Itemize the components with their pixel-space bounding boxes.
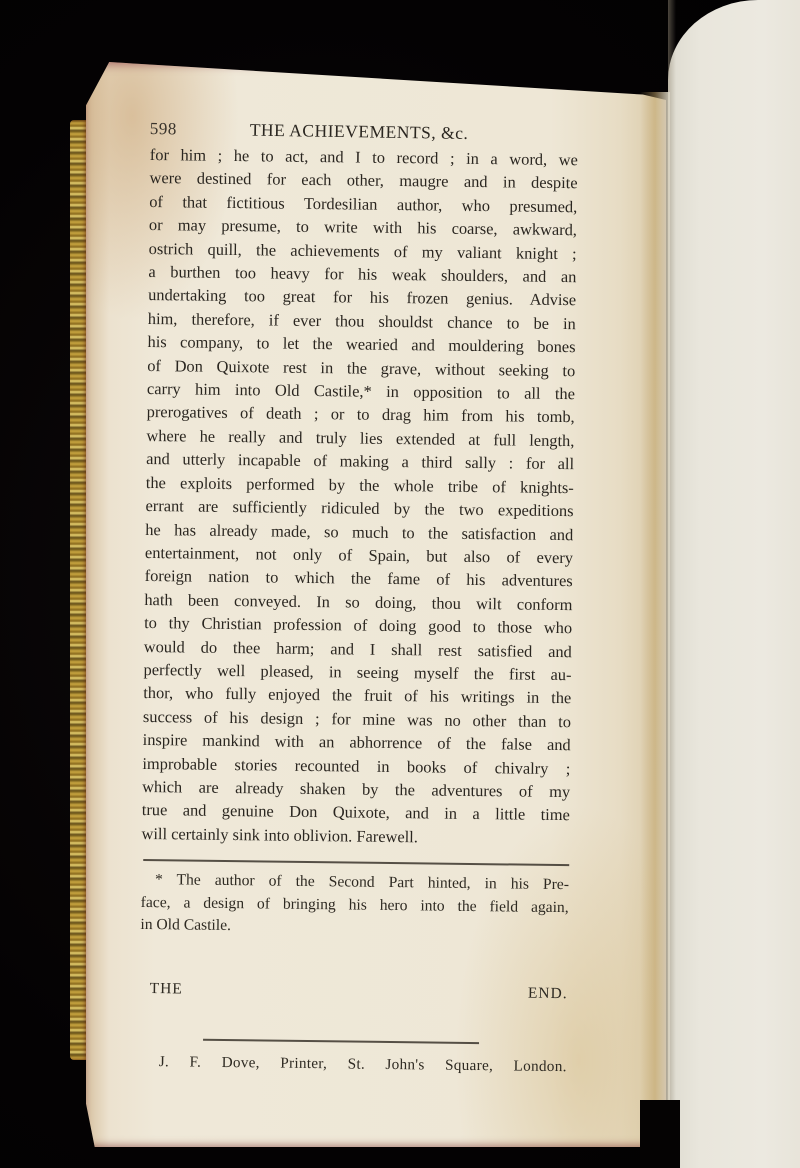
running-title: THE ACHIEVEMENTS, &c.: [250, 120, 469, 144]
right-page: [668, 0, 800, 1168]
photo-scene: 598 THE ACHIEVEMENTS, &c. for him ; he t…: [0, 0, 800, 1168]
page-number: 598: [150, 119, 250, 141]
the-end-heading: THE END.: [140, 977, 568, 1006]
body-text: for him ; he to act, and I to record ; i…: [139, 143, 578, 1079]
gilt-page-edge: [70, 120, 88, 1060]
footnote-divider: [143, 859, 569, 866]
page-text-block: 598 THE ACHIEVEMENTS, &c. for him ; he t…: [150, 118, 578, 1074]
book-gutter: [640, 92, 670, 1152]
background-corner: [640, 1100, 680, 1168]
footnote: * The author of the Second Part hinted, …: [140, 869, 569, 942]
imprint-divider: [203, 1039, 479, 1044]
running-head: 598 THE ACHIEVEMENTS, &c.: [150, 118, 578, 146]
